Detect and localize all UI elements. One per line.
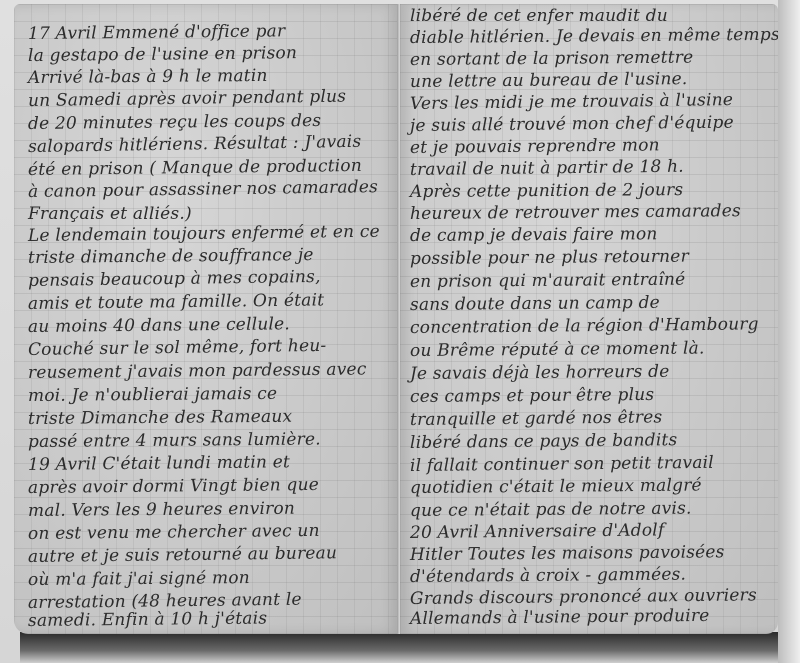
- handwritten-line: travail de nuit à partir de 18 h.: [410, 157, 684, 180]
- left-page: 17 Avril Emmené d'office par la gestapo …: [14, 4, 400, 634]
- handwritten-line: de 20 minutes reçu les coups des: [28, 111, 322, 134]
- handwritten-line: pensais beaucoup à mes copains,: [28, 267, 321, 291]
- date-heading-19-avril: 19 Avril C'était lundi matin et: [28, 452, 290, 475]
- notebook-spread: 17 Avril Emmené d'office par la gestapo …: [0, 0, 800, 663]
- background-edge: [778, 0, 800, 663]
- handwritten-line: sans doute dans un camp de: [410, 293, 660, 315]
- handwritten-line: diable hitlérien. Je devais en même temp…: [410, 25, 778, 48]
- date-heading-20-avril: 20 Avril Anniversaire d'Adolf: [410, 520, 665, 543]
- handwritten-line: Vers les midi je me trouvais à l'usine: [410, 90, 733, 114]
- handwritten-line: que ce n'était pas de notre avis.: [410, 499, 692, 521]
- handwritten-line: de camp je devais faire mon: [410, 224, 658, 246]
- handwritten-line: passé entre 4 murs sans lumière.: [28, 429, 321, 452]
- handwritten-line: concentration de la région d'Hambourg: [410, 314, 759, 338]
- handwritten-line: en prison qui m'aurait entraîné: [410, 270, 686, 292]
- handwritten-line: samedi. Enfin à 10 h j'étais: [28, 608, 267, 631]
- handwritten-line: d'étendards à croix - gammées.: [410, 565, 686, 587]
- handwritten-line: mal. Vers les 9 heures environ: [28, 499, 295, 521]
- handwritten-line: Français et alliés.): [28, 204, 192, 224]
- handwritten-line: moi. Je n'oublierai jamais ce: [28, 384, 277, 406]
- handwritten-line: je suis allé trouvé mon chef d'équipe: [410, 113, 734, 136]
- notebook-shadow: [20, 632, 780, 663]
- handwritten-line: on est venu me chercher avec un: [28, 521, 320, 544]
- handwritten-line: heureux de retrouver mes camarades: [410, 201, 741, 224]
- handwritten-line: en sortant de la prison remettre: [410, 48, 694, 70]
- handwritten-line: Allemands à l'usine pour produire: [410, 606, 710, 629]
- handwritten-line: Je savais déjà les horreurs de: [410, 362, 670, 384]
- handwritten-line: libéré de cet enfer maudit du: [410, 6, 668, 26]
- handwritten-line: 17 Avril Emmené d'office par: [28, 21, 285, 44]
- handwritten-line: après avoir dormi Vingt bien que: [28, 475, 319, 498]
- right-page: libéré de cet enfer maudit du diable hit…: [400, 4, 778, 634]
- handwritten-line: un Samedi après avoir pendant plus: [28, 87, 346, 111]
- handwritten-line: ces camps et pour être plus: [410, 385, 654, 407]
- handwritten-line: reusement j'avais mon pardessus avec: [28, 359, 367, 383]
- handwritten-line: Hitler Toutes les maisons pavoisées: [410, 542, 725, 565]
- handwritten-line: où m'a fait j'ai signé mon: [28, 568, 250, 590]
- handwritten-line: à canon pour assassiner nos camarades: [28, 177, 378, 202]
- handwritten-line: possible pour ne plus retourner: [410, 247, 689, 269]
- handwritten-line: au moins 40 dans une cellule.: [28, 314, 290, 337]
- handwritten-line: il fallait continuer son petit travail: [410, 453, 714, 476]
- handwritten-line: triste dimanche de souffrance je: [28, 245, 314, 268]
- handwritten-line: été en prison ( Manque de production: [28, 156, 362, 180]
- handwritten-line: quotidien c'était le mieux malgré: [410, 475, 702, 498]
- handwritten-line: une lettre au bureau de l'usine.: [410, 69, 688, 92]
- handwritten-line: autre et je suis retourné au bureau: [28, 543, 337, 567]
- handwritten-line: triste Dimanche des Rameaux: [28, 407, 292, 429]
- handwritten-line: salopards hitlériens. Résultat : J'avais: [28, 132, 362, 157]
- handwritten-line: et je pouvais reprendre mon: [410, 135, 660, 158]
- handwritten-line: Après cette punition de 2 jours: [410, 180, 683, 202]
- handwritten-line: Couché sur le sol même, fort heu-: [28, 336, 327, 360]
- handwritten-line: amis et toute ma famille. On était: [28, 290, 324, 314]
- handwritten-line: libéré dans ce pays de bandits: [410, 430, 678, 453]
- handwritten-line: tranquille et gardé nos êtres: [410, 407, 663, 430]
- handwritten-line: Arrivé là-bas à 9 h le matin: [28, 66, 268, 88]
- handwritten-line: la gestapo de l'usine en prison: [28, 43, 297, 66]
- handwritten-line: ou Brême réputé à ce moment là.: [410, 338, 705, 361]
- handwritten-line: Le lendemain toujours enfermé et en ce: [28, 222, 380, 246]
